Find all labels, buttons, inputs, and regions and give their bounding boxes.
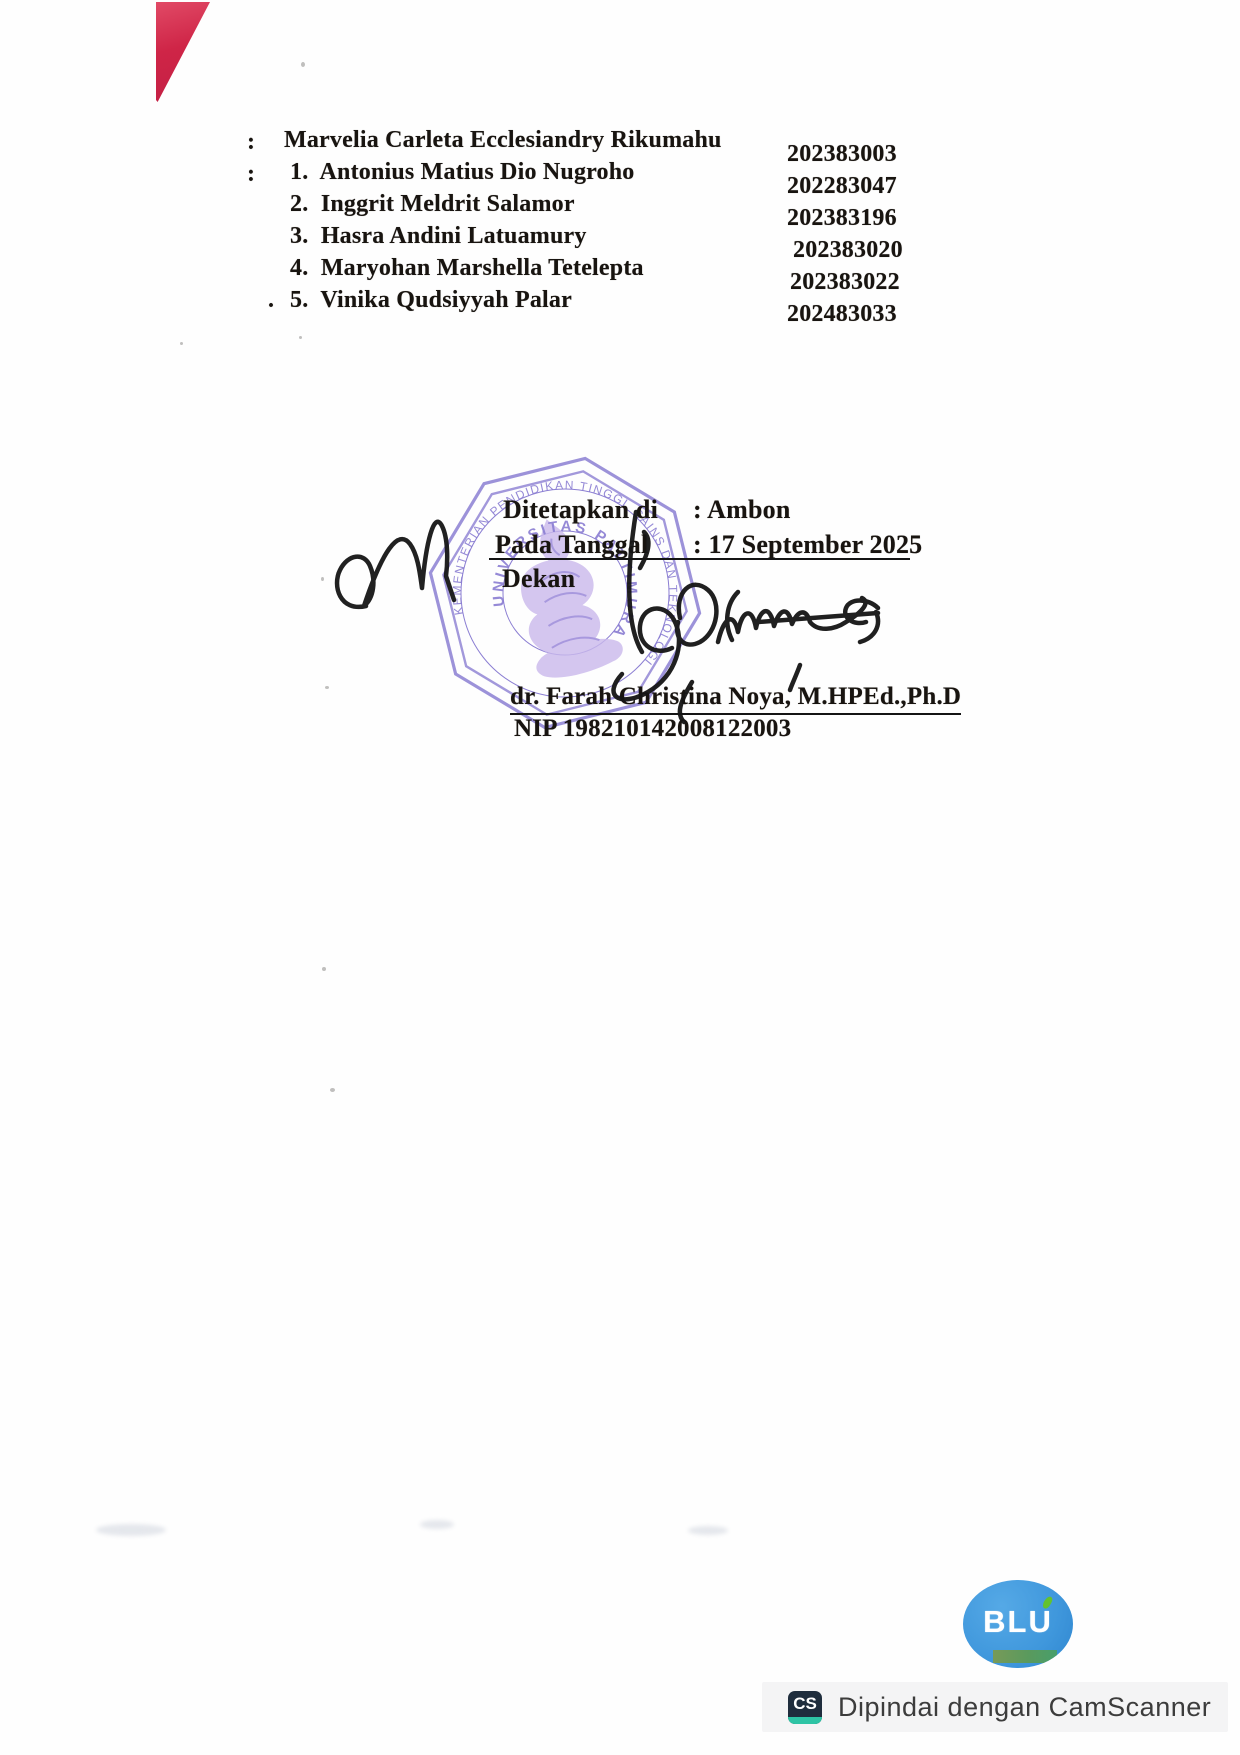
decree-date-label: Pada Tanggal: [495, 530, 648, 560]
stray-period: .: [268, 286, 274, 314]
camscanner-icon: CS: [788, 1691, 822, 1724]
member-name: Hasra Andini Latuamury: [321, 223, 587, 249]
member-id: 202383196: [787, 204, 897, 232]
blu-logo-text: BLU: [963, 1604, 1073, 1640]
scanned-document-page: KEMENTERIAN PENDIDIKAN TINGGI, SAINS DAN…: [0, 0, 1240, 1755]
decree-date-underline: [489, 558, 910, 560]
member-name: Inggrit Meldrit Salamor: [321, 191, 575, 217]
blu-logo-strip: [993, 1650, 1057, 1663]
member-row: 2. Inggrit Meldrit Salamor: [290, 190, 575, 218]
member-row: 4. Maryohan Marshella Tetelepta: [290, 254, 644, 282]
member-id: 202383022: [790, 268, 900, 296]
member-number: 2.: [290, 191, 308, 217]
member-name: Vinika Qudsiyyah Palar: [320, 287, 572, 313]
member-id: 202483033: [787, 300, 897, 328]
decree-place-value: : Ambon: [693, 495, 790, 525]
recipient-colon: :: [247, 128, 255, 156]
member-number: 3.: [290, 223, 308, 249]
member-number: 4.: [290, 255, 308, 281]
recipient-id: 202383003: [787, 140, 897, 168]
decree-date-value: : 17 September 2025: [693, 530, 922, 560]
signer-nip: NIP 198210142008122003: [514, 714, 791, 743]
dekan-label: Dekan: [502, 564, 575, 594]
member-name: Antonius Matius Dio Nugroho: [319, 159, 634, 185]
member-id: 202283047: [787, 172, 897, 200]
decree-place-label: Ditetapkan di: [503, 495, 658, 525]
members-colon: :: [247, 160, 255, 188]
camscanner-footer: CS Dipindai dengan CamScanner: [762, 1682, 1228, 1732]
camscanner-icon-label: CS: [788, 1694, 822, 1714]
member-row: 5. Vinika Qudsiyyah Palar: [290, 286, 572, 314]
camscanner-text: Dipindai dengan CamScanner: [838, 1692, 1211, 1723]
member-number: 5.: [290, 287, 308, 313]
member-name: Maryohan Marshella Tetelepta: [321, 255, 644, 281]
recipient-name: Marvelia Carleta Ecclesiandry Rikumahu: [284, 126, 722, 154]
blu-logo: BLU: [963, 1580, 1073, 1668]
signer-name: dr. Farah Christina Noya, M.HPEd.,Ph.D: [510, 682, 961, 715]
camscanner-icon-strip: [788, 1717, 822, 1724]
document-text-layer: : Marvelia Carleta Ecclesiandry Rikumahu…: [0, 0, 1240, 1755]
member-row: 1. Antonius Matius Dio Nugroho: [290, 158, 635, 186]
member-row: 3. Hasra Andini Latuamury: [290, 222, 587, 250]
member-number: 1.: [290, 159, 308, 185]
member-id: 202383020: [793, 236, 903, 264]
